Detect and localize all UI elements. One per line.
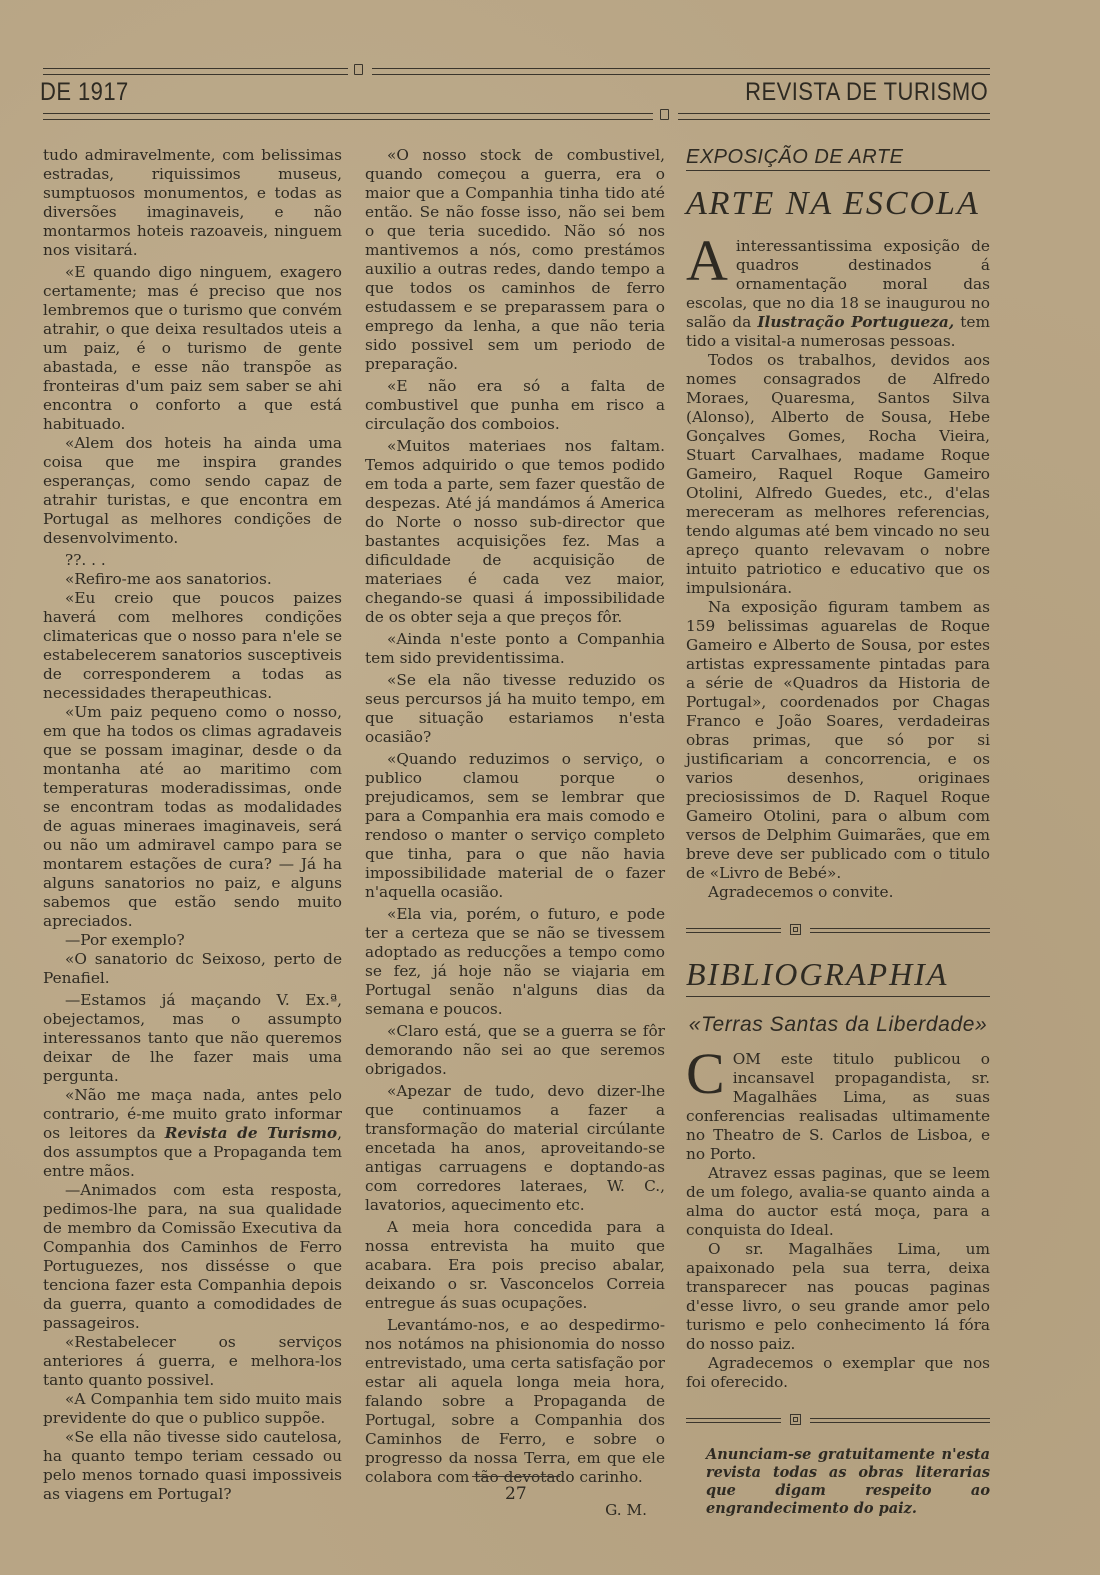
header-bottom-ornament bbox=[660, 109, 669, 120]
column-interview-part1: tudo admiravelmente, com belissimas estr… bbox=[43, 146, 342, 1504]
paragraph: «Um paiz pequeno como o nosso, em que ha… bbox=[43, 703, 342, 931]
paragraph: COM este titulo publicou o incansavel pr… bbox=[686, 1050, 990, 1164]
top-rule-right bbox=[372, 68, 990, 75]
paragraph: —Animados com esta resposta, pedimos-lhe… bbox=[43, 1181, 342, 1333]
header-date: DE 1917 bbox=[40, 78, 129, 107]
drop-cap: C bbox=[686, 1052, 725, 1096]
book-title: «Terras Santas da Liberdade» bbox=[686, 1015, 990, 1034]
section-divider bbox=[686, 1414, 990, 1428]
paragraph: Agradecemos o exemplar que nos foi ofere… bbox=[686, 1354, 990, 1392]
paragraph: «O sanatorio dc Seixoso, perto de Penafi… bbox=[43, 950, 342, 988]
paragraph: «Restabelecer os serviços anteriores á g… bbox=[43, 1333, 342, 1390]
paragraph: «Muitos materiaes nos faltam. Temos adqu… bbox=[365, 437, 665, 627]
paragraph: «A Companhia tem sido muito mais previde… bbox=[43, 1390, 342, 1428]
paragraph: «Se ella não tivesse sido cautelosa, ha … bbox=[43, 1428, 342, 1504]
publication-title-italic: Ilustração Portugueza, bbox=[757, 313, 954, 331]
paragraph: Atravez essas paginas, que se leem de um… bbox=[686, 1164, 990, 1240]
page-number-rule bbox=[472, 1476, 560, 1477]
paragraph-text: OM este titulo publicou o incansavel pro… bbox=[686, 1050, 990, 1163]
paragraph: «Quando reduzimos o serviço, o publico c… bbox=[365, 750, 665, 902]
paragraph: A meia hora concedida para a nossa entre… bbox=[365, 1218, 665, 1313]
paragraph: «E quando digo ninguem, exagero certamen… bbox=[43, 263, 342, 434]
header-bottom-rule-left bbox=[43, 113, 653, 120]
header-magazine-title: REVISTA DE TURISMO bbox=[745, 78, 988, 107]
advertising-notice: Anunciam-se gratuitamente n'esta revista… bbox=[686, 1446, 990, 1518]
paragraph: «Ainda n'este ponto a Companhia tem sido… bbox=[365, 630, 665, 668]
column-art-and-bibliography: EXPOSIÇÃO DE ARTE ARTE NA ESCOLA Aintere… bbox=[686, 146, 990, 1518]
paragraph: «Ela via, porém, o futuro, e pode ter a … bbox=[365, 905, 665, 1019]
paragraph: —Por exemplo? bbox=[43, 931, 342, 950]
top-rule-ornament bbox=[354, 64, 363, 75]
article-title: ARTE NA ESCOLA bbox=[686, 185, 990, 223]
paragraph: ??. . . bbox=[43, 551, 342, 570]
section-divider bbox=[686, 924, 990, 938]
page-number: 27 bbox=[505, 1484, 527, 1504]
paragraph: —Estamos já maçando V. Ex.ª, obejectamos… bbox=[43, 991, 342, 1086]
paragraph: «Se ela não tivesse reduzido os seus per… bbox=[365, 671, 665, 747]
paragraph: Agradecemos o convite. bbox=[686, 883, 990, 902]
paragraph: «E não era só a falta de combustivel que… bbox=[365, 377, 665, 434]
paragraph: O sr. Magalhães Lima, um apaixonado pela… bbox=[686, 1240, 990, 1354]
paragraph: «Não me maça nada, antes pelo contrario,… bbox=[43, 1086, 342, 1181]
top-rule-left bbox=[43, 68, 348, 75]
paragraph: «Apezar de tudo, devo dizer-lhe que cont… bbox=[365, 1082, 665, 1215]
header-bottom-rule-right bbox=[678, 113, 990, 120]
paragraph: tudo admiravelmente, com belissimas estr… bbox=[43, 146, 342, 260]
section-kicker: EXPOSIÇÃO DE ARTE bbox=[686, 146, 990, 171]
drop-cap: A bbox=[686, 239, 728, 283]
magazine-title-italic: Revista de Turismo bbox=[165, 1124, 337, 1142]
paragraph: «Claro está, que se a guerra se fôr demo… bbox=[365, 1022, 665, 1079]
paragraph: Todos os trabalhos, devidos aos nomes co… bbox=[686, 351, 990, 598]
paragraph: Na exposição figuram tambem as 159 belis… bbox=[686, 598, 990, 883]
column-interview-part2: «O nosso stock de combustivel, quando co… bbox=[365, 146, 665, 1520]
bibliography-title: BIBLIOGRAPHIA bbox=[686, 956, 990, 997]
paragraph: «Eu creio que poucos paizes haverá com m… bbox=[43, 589, 342, 703]
paragraph: Ainteressantissima exposição de quadros … bbox=[686, 237, 990, 351]
paragraph: Levantámo-nos, e ao despedirmo-nos notám… bbox=[365, 1316, 665, 1487]
paragraph: «Alem dos hoteis ha ainda uma coisa que … bbox=[43, 434, 342, 548]
paragraph: «Refiro-me aos sanatorios. bbox=[43, 570, 342, 589]
paragraph: «O nosso stock de combustivel, quando co… bbox=[365, 146, 665, 374]
